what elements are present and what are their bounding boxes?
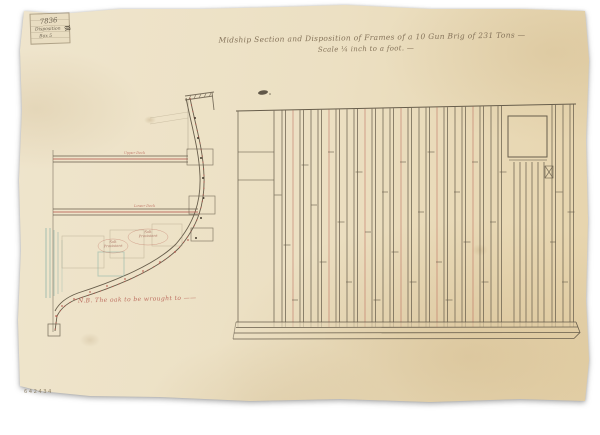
ink-blot-dot	[269, 93, 271, 95]
document-scan: 7836 Disposition Box 5 ≋ Midship Section…	[0, 0, 600, 435]
frame-disposition-drawing	[233, 90, 580, 339]
gun-port-opening	[508, 116, 547, 157]
salt-provisions-label-1: Salt Provisions	[128, 229, 168, 239]
sheer-top-line	[236, 104, 576, 111]
bolt-dots	[194, 117, 205, 239]
upper-deck-lines	[53, 156, 188, 162]
keel-band	[233, 322, 580, 339]
pencil-catalogue-number: 642434	[24, 389, 53, 395]
ticks-layer	[238, 322, 574, 327]
ports-layer	[508, 116, 547, 157]
salt-provisions-label-2: Salt Provisions	[99, 240, 127, 249]
sheer-pencil-lines	[150, 112, 188, 124]
lower-deck-label: Lower Deck	[134, 204, 155, 208]
side-timber-boxes	[187, 149, 215, 241]
gunwale	[185, 92, 214, 110]
hull-inner-curve	[55, 98, 200, 311]
ink-blot	[258, 90, 269, 96]
teal-wash-marks	[46, 228, 124, 298]
keel-section	[48, 324, 60, 336]
stamp-plan-name: Disposition	[35, 27, 61, 33]
stamp-box-number: Box 5	[39, 34, 52, 39]
joints-layer	[238, 152, 575, 300]
upper-deck-label: Upper Deck	[124, 151, 145, 155]
plan-title-line2: Scale ¼ inch to a foot. —	[318, 44, 414, 54]
plan-linework	[0, 0, 600, 435]
frames-layer	[238, 105, 574, 322]
lower-deck-lines	[53, 209, 198, 215]
